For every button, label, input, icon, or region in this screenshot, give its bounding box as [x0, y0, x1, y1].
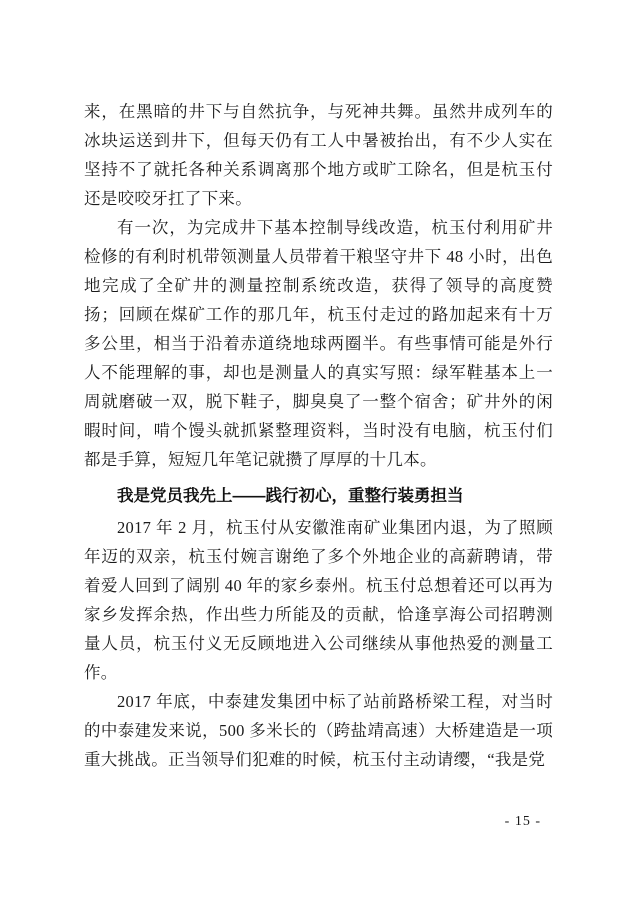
- document-page: 来，在黑暗的井下与自然抗争，与死神共舞。虽然井成列车的冰块运送到井下，但每天仍有…: [0, 0, 636, 900]
- section-heading: 我是党员我先上——践行初心，重整行装勇担当: [84, 482, 553, 511]
- paragraph: 2017 年底，中泰建发集团中标了站前路桥梁工程，对当时的中泰建发来说，500 …: [84, 687, 553, 774]
- paragraph: 有一次，为完成井下基本控制导线改造，杭玉付利用矿井检修的有利时机带领测量人员带着…: [84, 213, 553, 474]
- paragraph: 2017 年 2 月，杭玉付从安徽淮南矿业集团内退，为了照顾年迈的双亲，杭玉付婉…: [84, 513, 553, 687]
- page-content: 来，在黑暗的井下与自然抗争，与死神共舞。虽然井成列车的冰块运送到井下，但每天仍有…: [84, 97, 553, 774]
- paragraph-continuation: 来，在黑暗的井下与自然抗争，与死神共舞。虽然井成列车的冰块运送到井下，但每天仍有…: [84, 97, 553, 213]
- page-number: - 15 -: [505, 814, 541, 830]
